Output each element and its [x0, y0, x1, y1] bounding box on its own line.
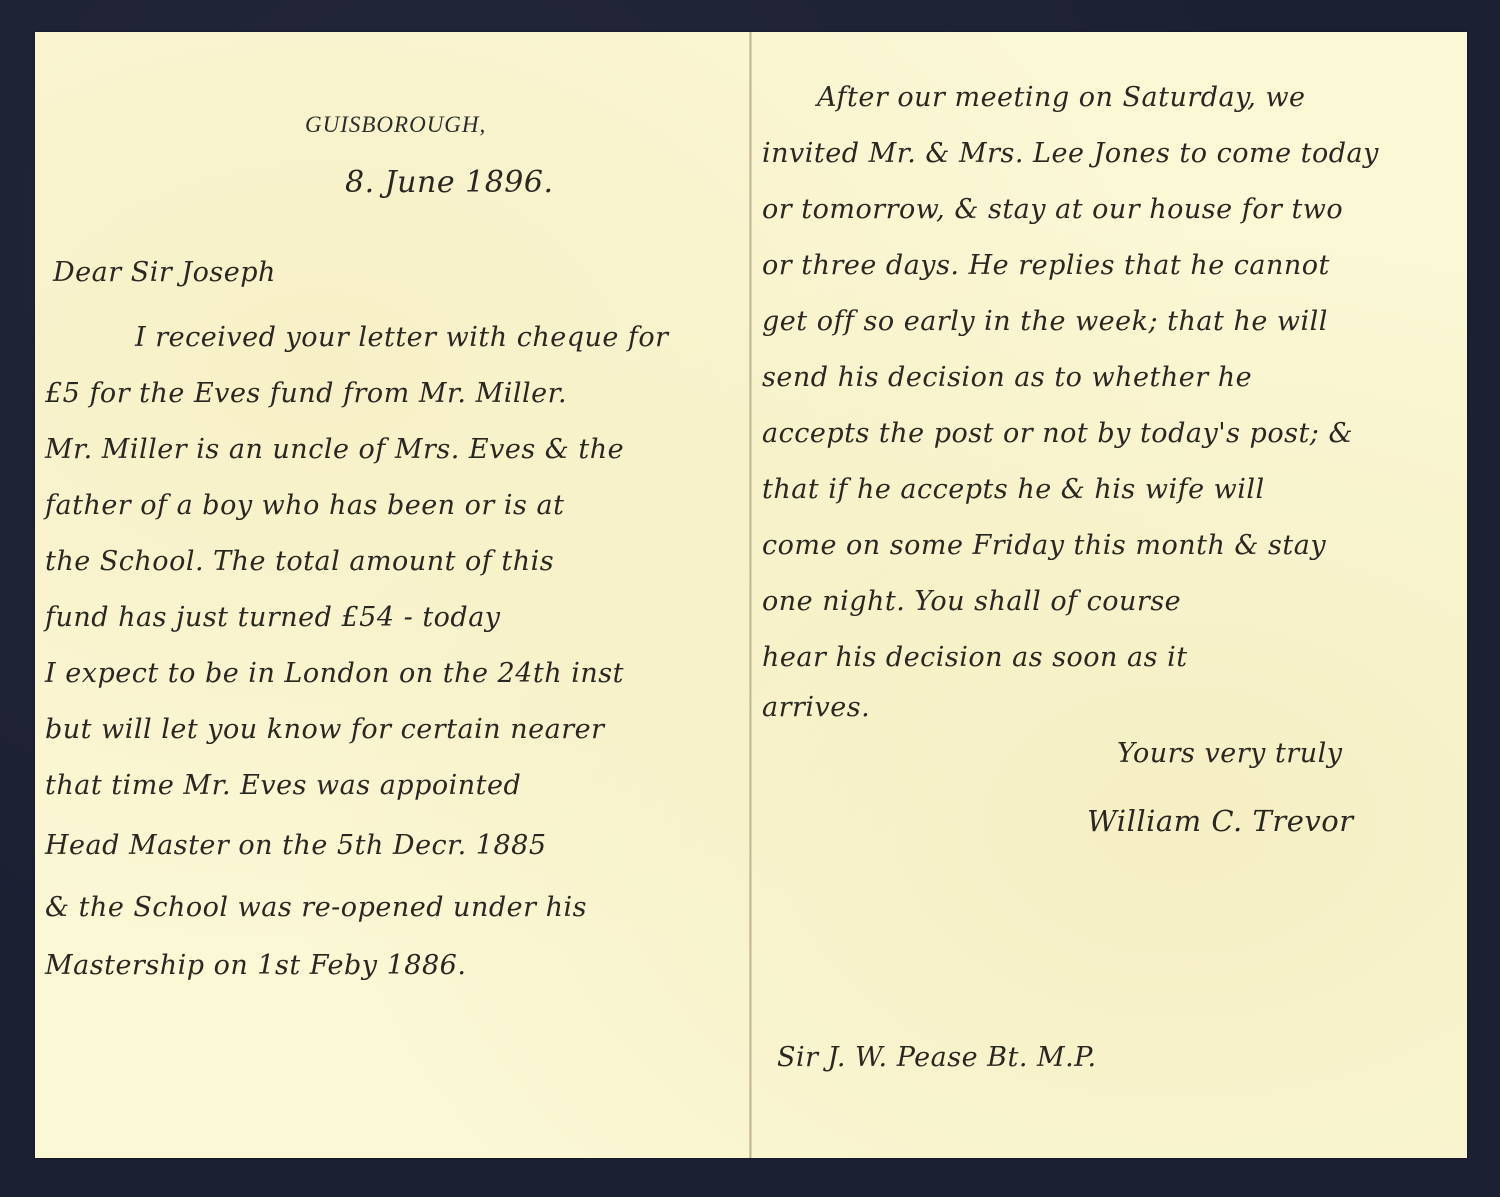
body-line: Mastership on 1st Feby 1886. [45, 950, 466, 981]
body-line: arrives. [762, 692, 870, 723]
letter-sheet: GUISBOROUGH, 8. June 1896. Dear Sir Jose… [35, 32, 1467, 1158]
body-line: invited Mr. & Mrs. Lee Jones to come tod… [762, 138, 1379, 169]
body-line: father of a boy who has been or is at [45, 490, 564, 521]
body-line: hear his decision as soon as it [762, 642, 1188, 673]
body-line: & the School was re-opened under his [45, 892, 587, 923]
body-line: I expect to be in London on the 24th ins… [45, 658, 624, 689]
body-line: accepts the post or not by today's post;… [762, 418, 1353, 449]
closing: Yours very truly [1117, 738, 1342, 769]
addressee: Sir J. W. Pease Bt. M.P. [777, 1042, 1097, 1073]
salutation: Dear Sir Joseph [53, 257, 276, 288]
letterhead: GUISBOROUGH, [305, 112, 486, 138]
body-line: that if he accepts he & his wife will [762, 474, 1265, 505]
body-line: that time Mr. Eves was appointed [45, 770, 521, 801]
body-line: or tomorrow, & stay at our house for two [762, 194, 1343, 225]
body-line: After our meeting on Saturday, we [817, 82, 1306, 113]
body-line: or three days. He replies that he cannot [762, 250, 1330, 281]
left-page: GUISBOROUGH, 8. June 1896. Dear Sir Jose… [35, 32, 749, 1158]
body-line: one night. You shall of course [762, 586, 1181, 617]
body-line: £5 for the Eves fund from Mr. Miller. [45, 378, 567, 409]
body-line: fund has just turned £54 - today [45, 602, 501, 633]
body-line: Head Master on the 5th Decr. 1885 [45, 830, 547, 861]
body-line: get off so early in the week; that he wi… [762, 306, 1328, 337]
body-line: Mr. Miller is an uncle of Mrs. Eves & th… [45, 434, 624, 465]
body-line: come on some Friday this month & stay [762, 530, 1326, 561]
body-line: but will let you know for certain nearer [45, 714, 605, 745]
right-page: After our meeting on Saturday, we invite… [752, 32, 1467, 1158]
body-line: send his decision as to whether he [762, 362, 1252, 393]
body-line: the School. The total amount of this [45, 546, 554, 577]
letter-date: 8. June 1896. [345, 165, 554, 200]
body-line: I received your letter with cheque for [135, 322, 669, 353]
signature: William C. Trevor [1087, 804, 1354, 838]
